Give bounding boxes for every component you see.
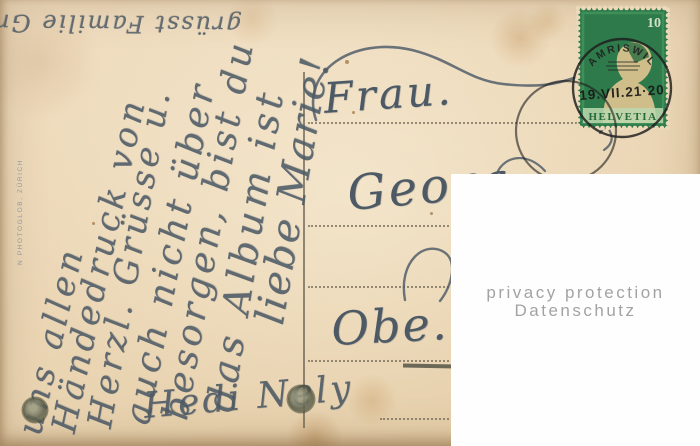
privacy-line-2: Datenschutz — [451, 302, 700, 320]
postmark-bridge-bars — [606, 62, 640, 70]
postmark-date: 19.VII.21·20 — [579, 82, 665, 103]
postcard-scan: N PHOTOGLOB, ZÜRICH liebe Marie! das Alb… — [0, 0, 700, 446]
privacy-text: privacy protection Datenschutz — [451, 284, 700, 320]
privacy-line-1: privacy protection — [451, 284, 700, 302]
postmark: AMRISWIL 19.VII.21·20 — [505, 5, 700, 190]
privacy-overlay: privacy protection Datenschutz — [451, 174, 700, 446]
flourish-line3-fragment — [404, 249, 452, 301]
